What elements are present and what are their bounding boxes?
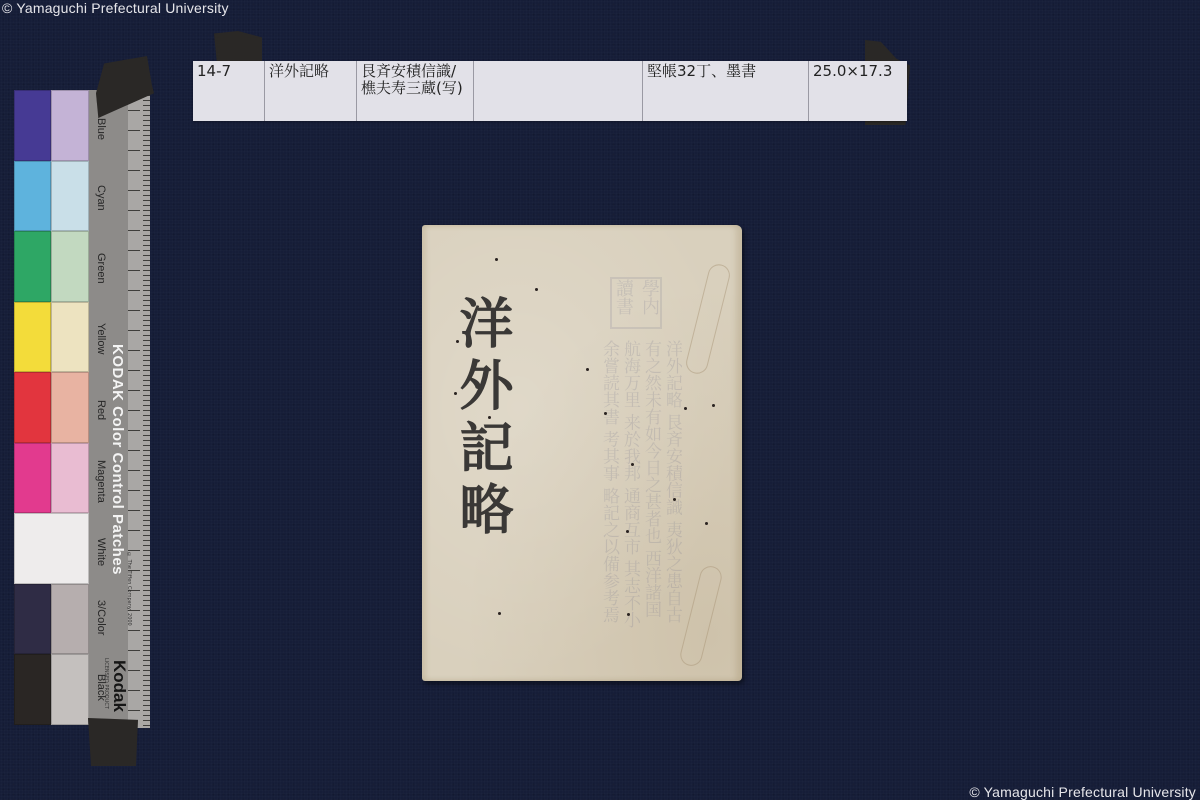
patch-3color-light: [51, 584, 89, 655]
ruler-label-magenta: Magenta: [95, 460, 107, 503]
ruler-label-3color: 3/Color: [95, 600, 107, 635]
label-empty: [474, 61, 643, 121]
patch-blue-dark: [14, 90, 51, 161]
ruler-label-yellow: Yellow: [95, 323, 107, 354]
ruler-label-cyan: Cyan: [95, 185, 107, 211]
patch-yellow-dark: [14, 302, 51, 373]
wormhole: [495, 258, 498, 261]
label-format: 堅帳32丁、墨書: [643, 61, 809, 121]
wormhole: [586, 368, 589, 371]
ruler-label-white: White: [95, 538, 107, 566]
wormhole: [631, 463, 634, 466]
patch-black-light: [51, 654, 89, 725]
patch-magenta-light: [51, 443, 89, 514]
label-title: 洋外記略: [265, 61, 357, 121]
book-cover-title: 洋外記略: [456, 295, 510, 543]
patch-green-dark: [14, 231, 51, 302]
show-through-stamp: 學内讀書: [610, 277, 662, 329]
kodak-chart-title: KODAK Color Control Patches: [109, 344, 126, 575]
wormhole: [604, 412, 607, 415]
binding-thread-bottom: [678, 564, 724, 668]
kodak-logo: Kodak: [109, 660, 129, 712]
patch-magenta-dark: [14, 443, 51, 514]
book-cover: 學内讀書 洋外記略 艮斉安積信識 夷狄之患自古有之然未有如今日之甚者也 西洋諸国…: [422, 225, 742, 681]
patch-yellow-light: [51, 302, 89, 373]
wormhole: [684, 407, 687, 410]
binding-thread-top: [684, 262, 732, 376]
patch-blue-light: [51, 90, 89, 161]
label-size: 25.0×17.3: [809, 61, 907, 121]
patch-black-dark: [14, 654, 51, 725]
label-author: 艮斉安積信識/樵夫寿三蔵(写): [357, 61, 474, 121]
ruler-label-blue: Blue: [95, 118, 107, 140]
wormhole: [488, 416, 491, 419]
patch-green-light: [51, 231, 89, 302]
show-through-text: 洋外記略 艮斉安積信識 夷狄之患自古有之然未有如今日之甚者也 西洋諸国航海万里 …: [512, 340, 682, 630]
catalog-label: 14-7 洋外記略 艮斉安積信識/樵夫寿三蔵(写) 堅帳32丁、墨書 25.0×…: [193, 61, 907, 121]
patch-red-light: [51, 372, 89, 443]
wormhole: [535, 288, 538, 291]
color-patches: [14, 90, 89, 730]
copyright-top: © Yamaguchi Prefectural University: [2, 0, 229, 16]
tape-label-left: [214, 31, 262, 63]
kodak-licensed-text: LICENSED PRODUCT: [103, 658, 109, 709]
wormhole: [626, 530, 629, 533]
wormhole: [498, 612, 501, 615]
wormhole: [705, 522, 708, 525]
patch-white: [14, 513, 89, 584]
tape-ruler-bottom: [88, 718, 138, 766]
ruler-label-green: Green: [95, 253, 107, 284]
ruler-label-red: Red: [95, 400, 107, 420]
wormhole: [673, 498, 676, 501]
patch-red-dark: [14, 372, 51, 443]
kodak-ruler: Blue Cyan Green Yellow Red Magenta White…: [89, 90, 150, 728]
kodak-copyright: © The Tiffen Company, 2000: [126, 552, 132, 626]
wormhole: [627, 613, 630, 616]
wormhole: [456, 340, 459, 343]
copyright-bottom: © Yamaguchi Prefectural University: [969, 784, 1196, 800]
wormhole: [712, 404, 715, 407]
patch-3color-dark: [14, 584, 51, 655]
wormhole: [454, 392, 457, 395]
ruler-scale: [128, 90, 150, 728]
label-id: 14-7: [193, 61, 265, 121]
patch-cyan-dark: [14, 161, 51, 232]
patch-cyan-light: [51, 161, 89, 232]
